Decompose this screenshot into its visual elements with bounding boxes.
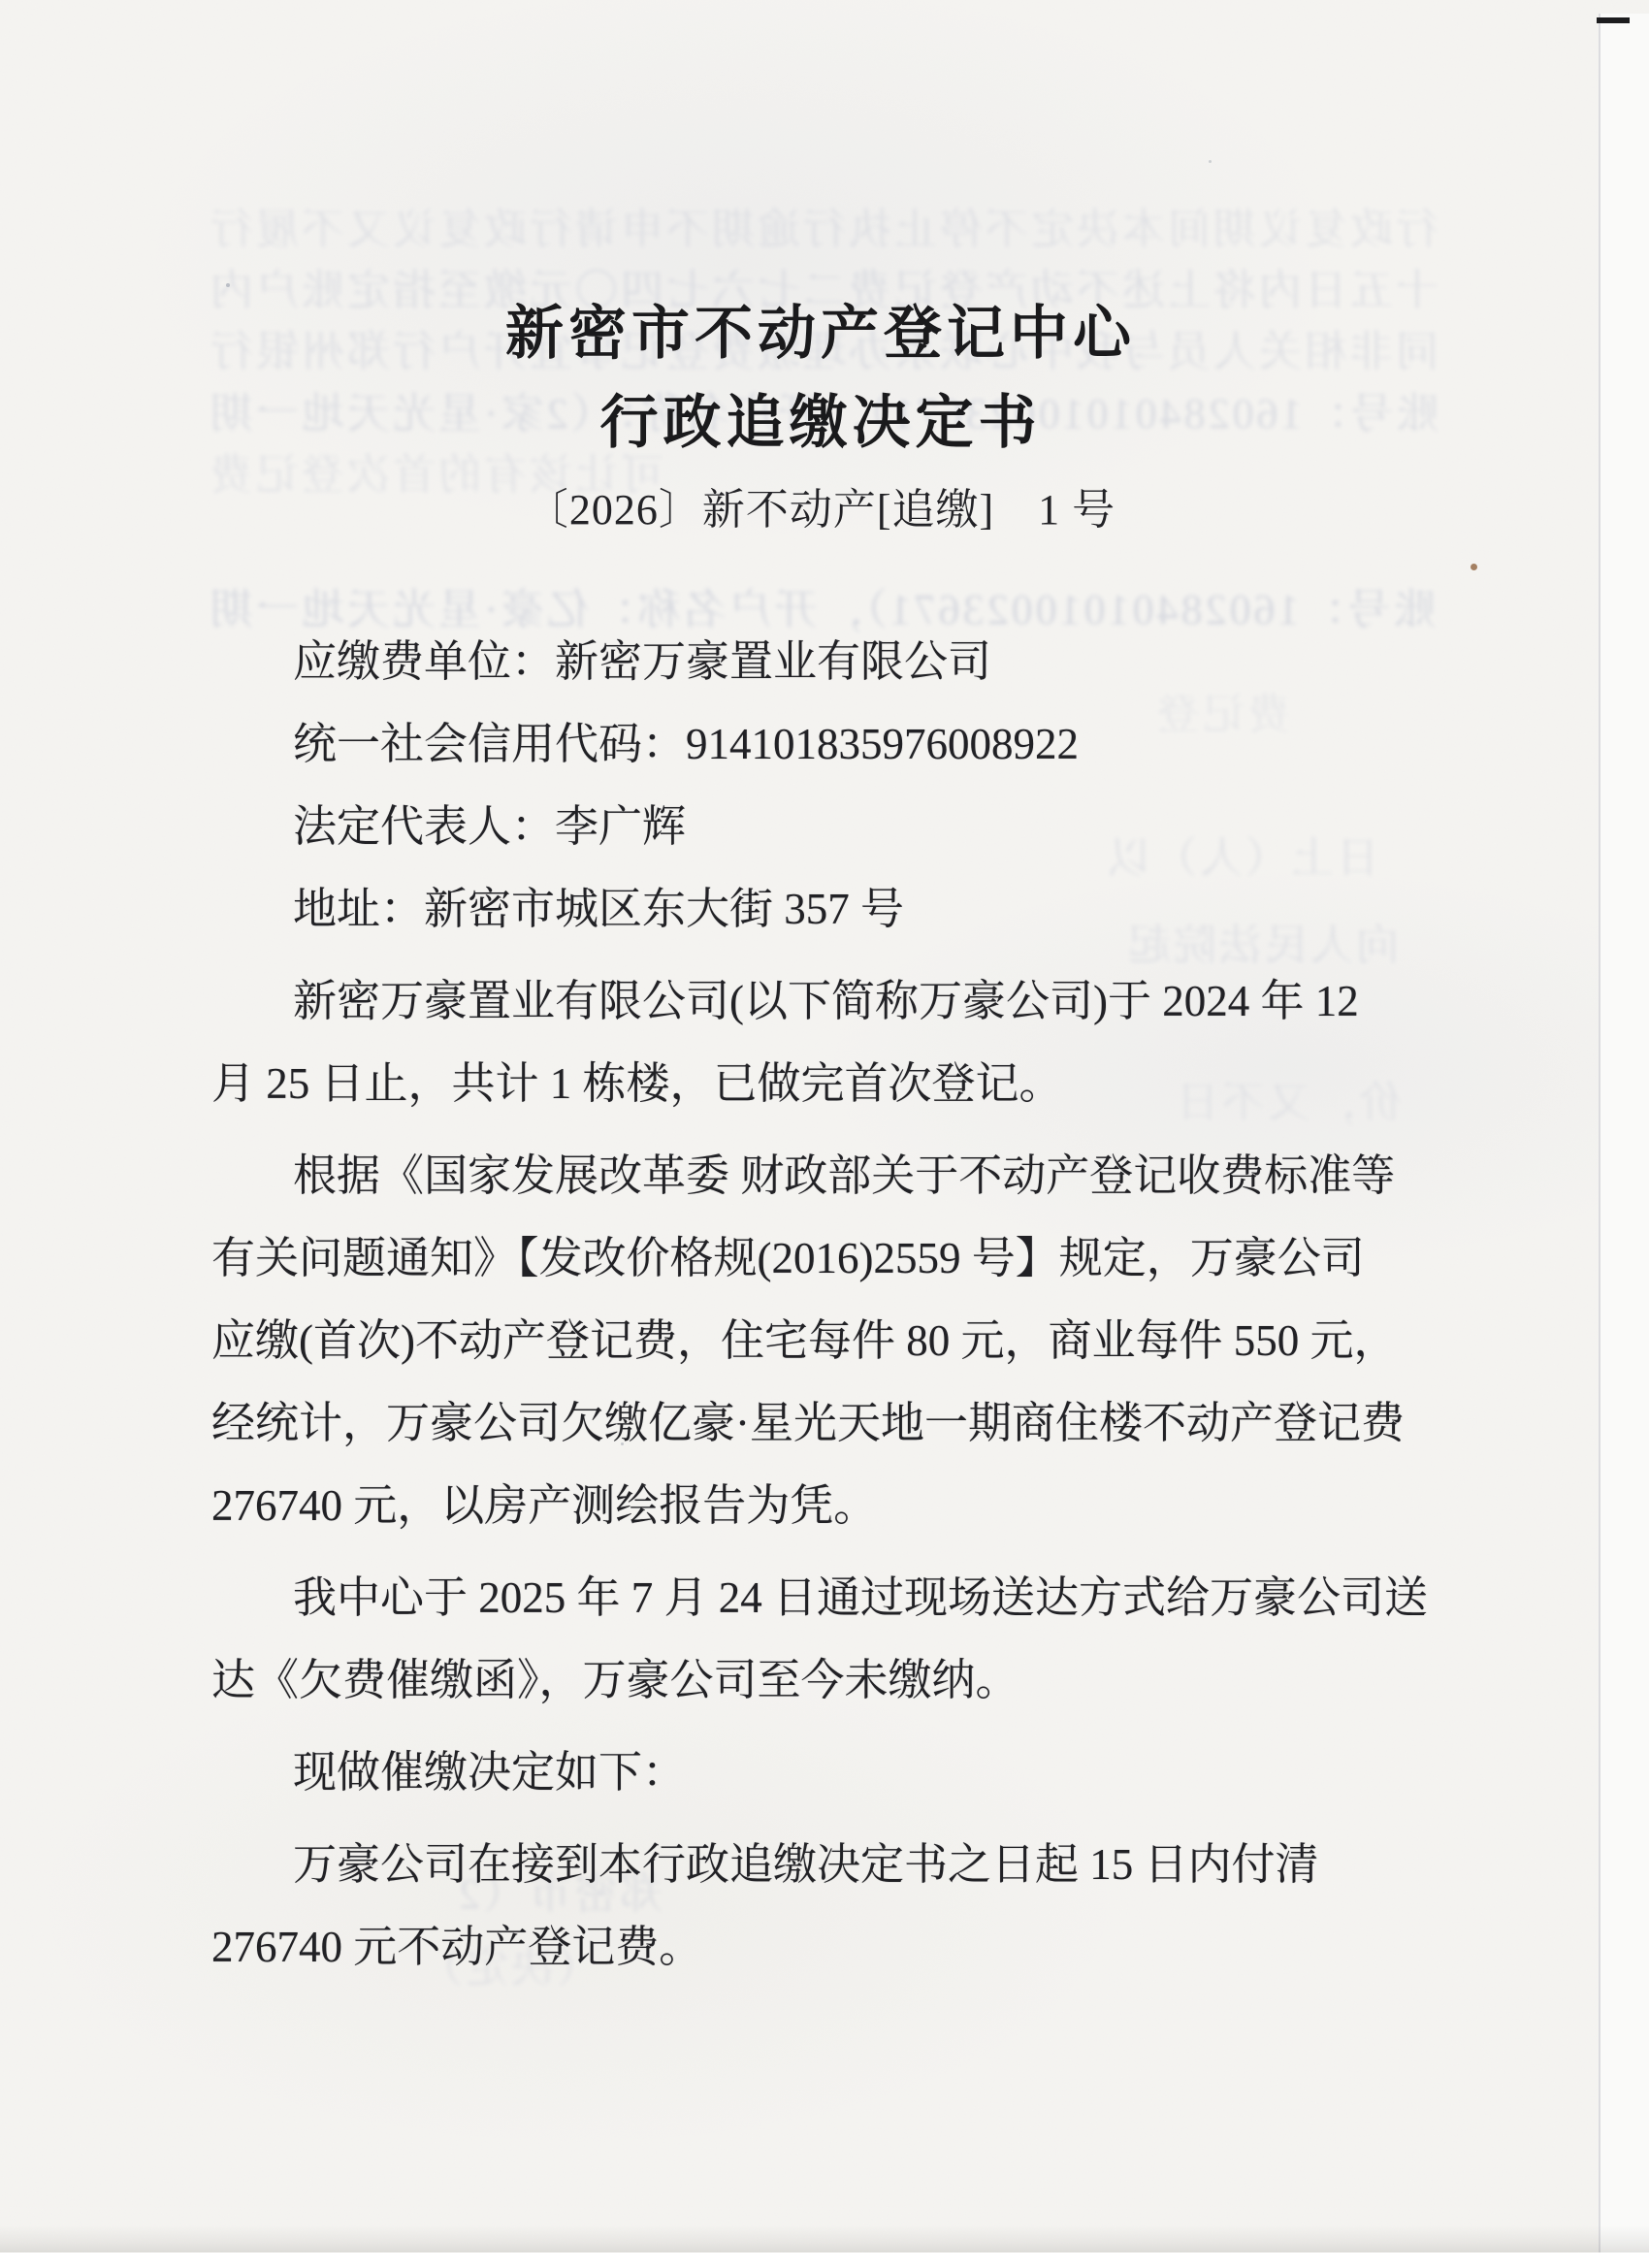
- text-line: 276740 元，以房产测绘报告为凭。: [211, 1465, 1443, 1547]
- document-number: 〔2026〕新不动产[追缴] 1 号: [0, 474, 1641, 536]
- dust-speck: [621, 1442, 624, 1445]
- payer-info: 应缴费单位：新密万豪置业有限公司统一社会信用代码：914101835976008…: [211, 621, 1443, 951]
- text-line: 统一社会信用代码：914101835976008922: [211, 703, 1443, 786]
- paragraph-decision: 万豪公司在接到本行政追缴决定书之日起 15 日内付清276740 元不动产登记费…: [211, 1824, 1443, 1989]
- text-line: 276740 元不动产登记费。: [211, 1906, 1443, 1989]
- text-line: 新密万豪置业有限公司(以下简称万豪公司)于 2024 年 12: [211, 960, 1443, 1043]
- scan-bottom-margin: [0, 2252, 1649, 2268]
- document-title-line1: 新密市不动产登记中心: [0, 287, 1641, 371]
- document-content: 新密市不动产登记中心 行政追缴决定书 〔2026〕新不动产[追缴] 1 号 应缴…: [0, 0, 1649, 2268]
- text-line: 应缴费单位：新密万豪置业有限公司: [211, 621, 1443, 703]
- paragraph-registration: 新密万豪置业有限公司(以下简称万豪公司)于 2024 年 12月 25 日止，共…: [211, 960, 1443, 1125]
- paragraph-decision-intro: 现做催缴决定如下：: [211, 1732, 1443, 1814]
- scanned-document-page: 行政复议期间本决定不停止执行逾期不申请行政复议又不履行十五日内将上述不动产登记费…: [0, 0, 1649, 2268]
- text-line: 达《欠费催缴函》，万豪公司至今未缴纳。: [211, 1639, 1443, 1722]
- dust-speck: [1471, 564, 1477, 570]
- text-line: 万豪公司在接到本行政追缴决定书之日起 15 日内付清: [211, 1824, 1443, 1906]
- text-line: 法定代表人：李广辉: [211, 786, 1443, 868]
- scan-edge-mark: [1597, 17, 1630, 23]
- text-line: 经统计，万豪公司欠缴亿豪·星光天地一期商住楼不动产登记费: [211, 1382, 1443, 1465]
- paragraph-fee-basis: 根据《国家发展改革委 财政部关于不动产登记收费标准等有关问题通知》【发改价格规(…: [211, 1135, 1443, 1547]
- text-line: 有关问题通知》【发改价格规(2016)2559 号】规定，万豪公司: [211, 1217, 1443, 1300]
- text-line: 根据《国家发展改革委 财政部关于不动产登记收费标准等: [211, 1135, 1443, 1217]
- text-line: 地址：新密市城区东大街 357 号: [211, 868, 1443, 951]
- paragraph-service: 我中心于 2025 年 7 月 24 日通过现场送达方式给万豪公司送达《欠费催缴…: [211, 1557, 1443, 1722]
- document-title-line2: 行政追缴决定书: [0, 376, 1641, 460]
- document-body: 应缴费单位：新密万豪置业有限公司统一社会信用代码：914101835976008…: [211, 621, 1443, 1989]
- text-line: 应缴(首次)不动产登记费，住宅每件 80 元，商业每件 550 元，: [211, 1300, 1443, 1382]
- text-line: 现做催缴决定如下：: [211, 1732, 1443, 1814]
- dust-speck: [226, 283, 230, 287]
- dust-speck: [1209, 160, 1212, 163]
- paper-bottom-edge-shadow: [0, 2225, 1649, 2252]
- text-line: 我中心于 2025 年 7 月 24 日通过现场送达方式给万豪公司送: [211, 1557, 1443, 1639]
- scan-right-edge-seam: [1599, 14, 1649, 2268]
- text-line: 月 25 日止，共计 1 栋楼，已做完首次登记。: [211, 1043, 1443, 1125]
